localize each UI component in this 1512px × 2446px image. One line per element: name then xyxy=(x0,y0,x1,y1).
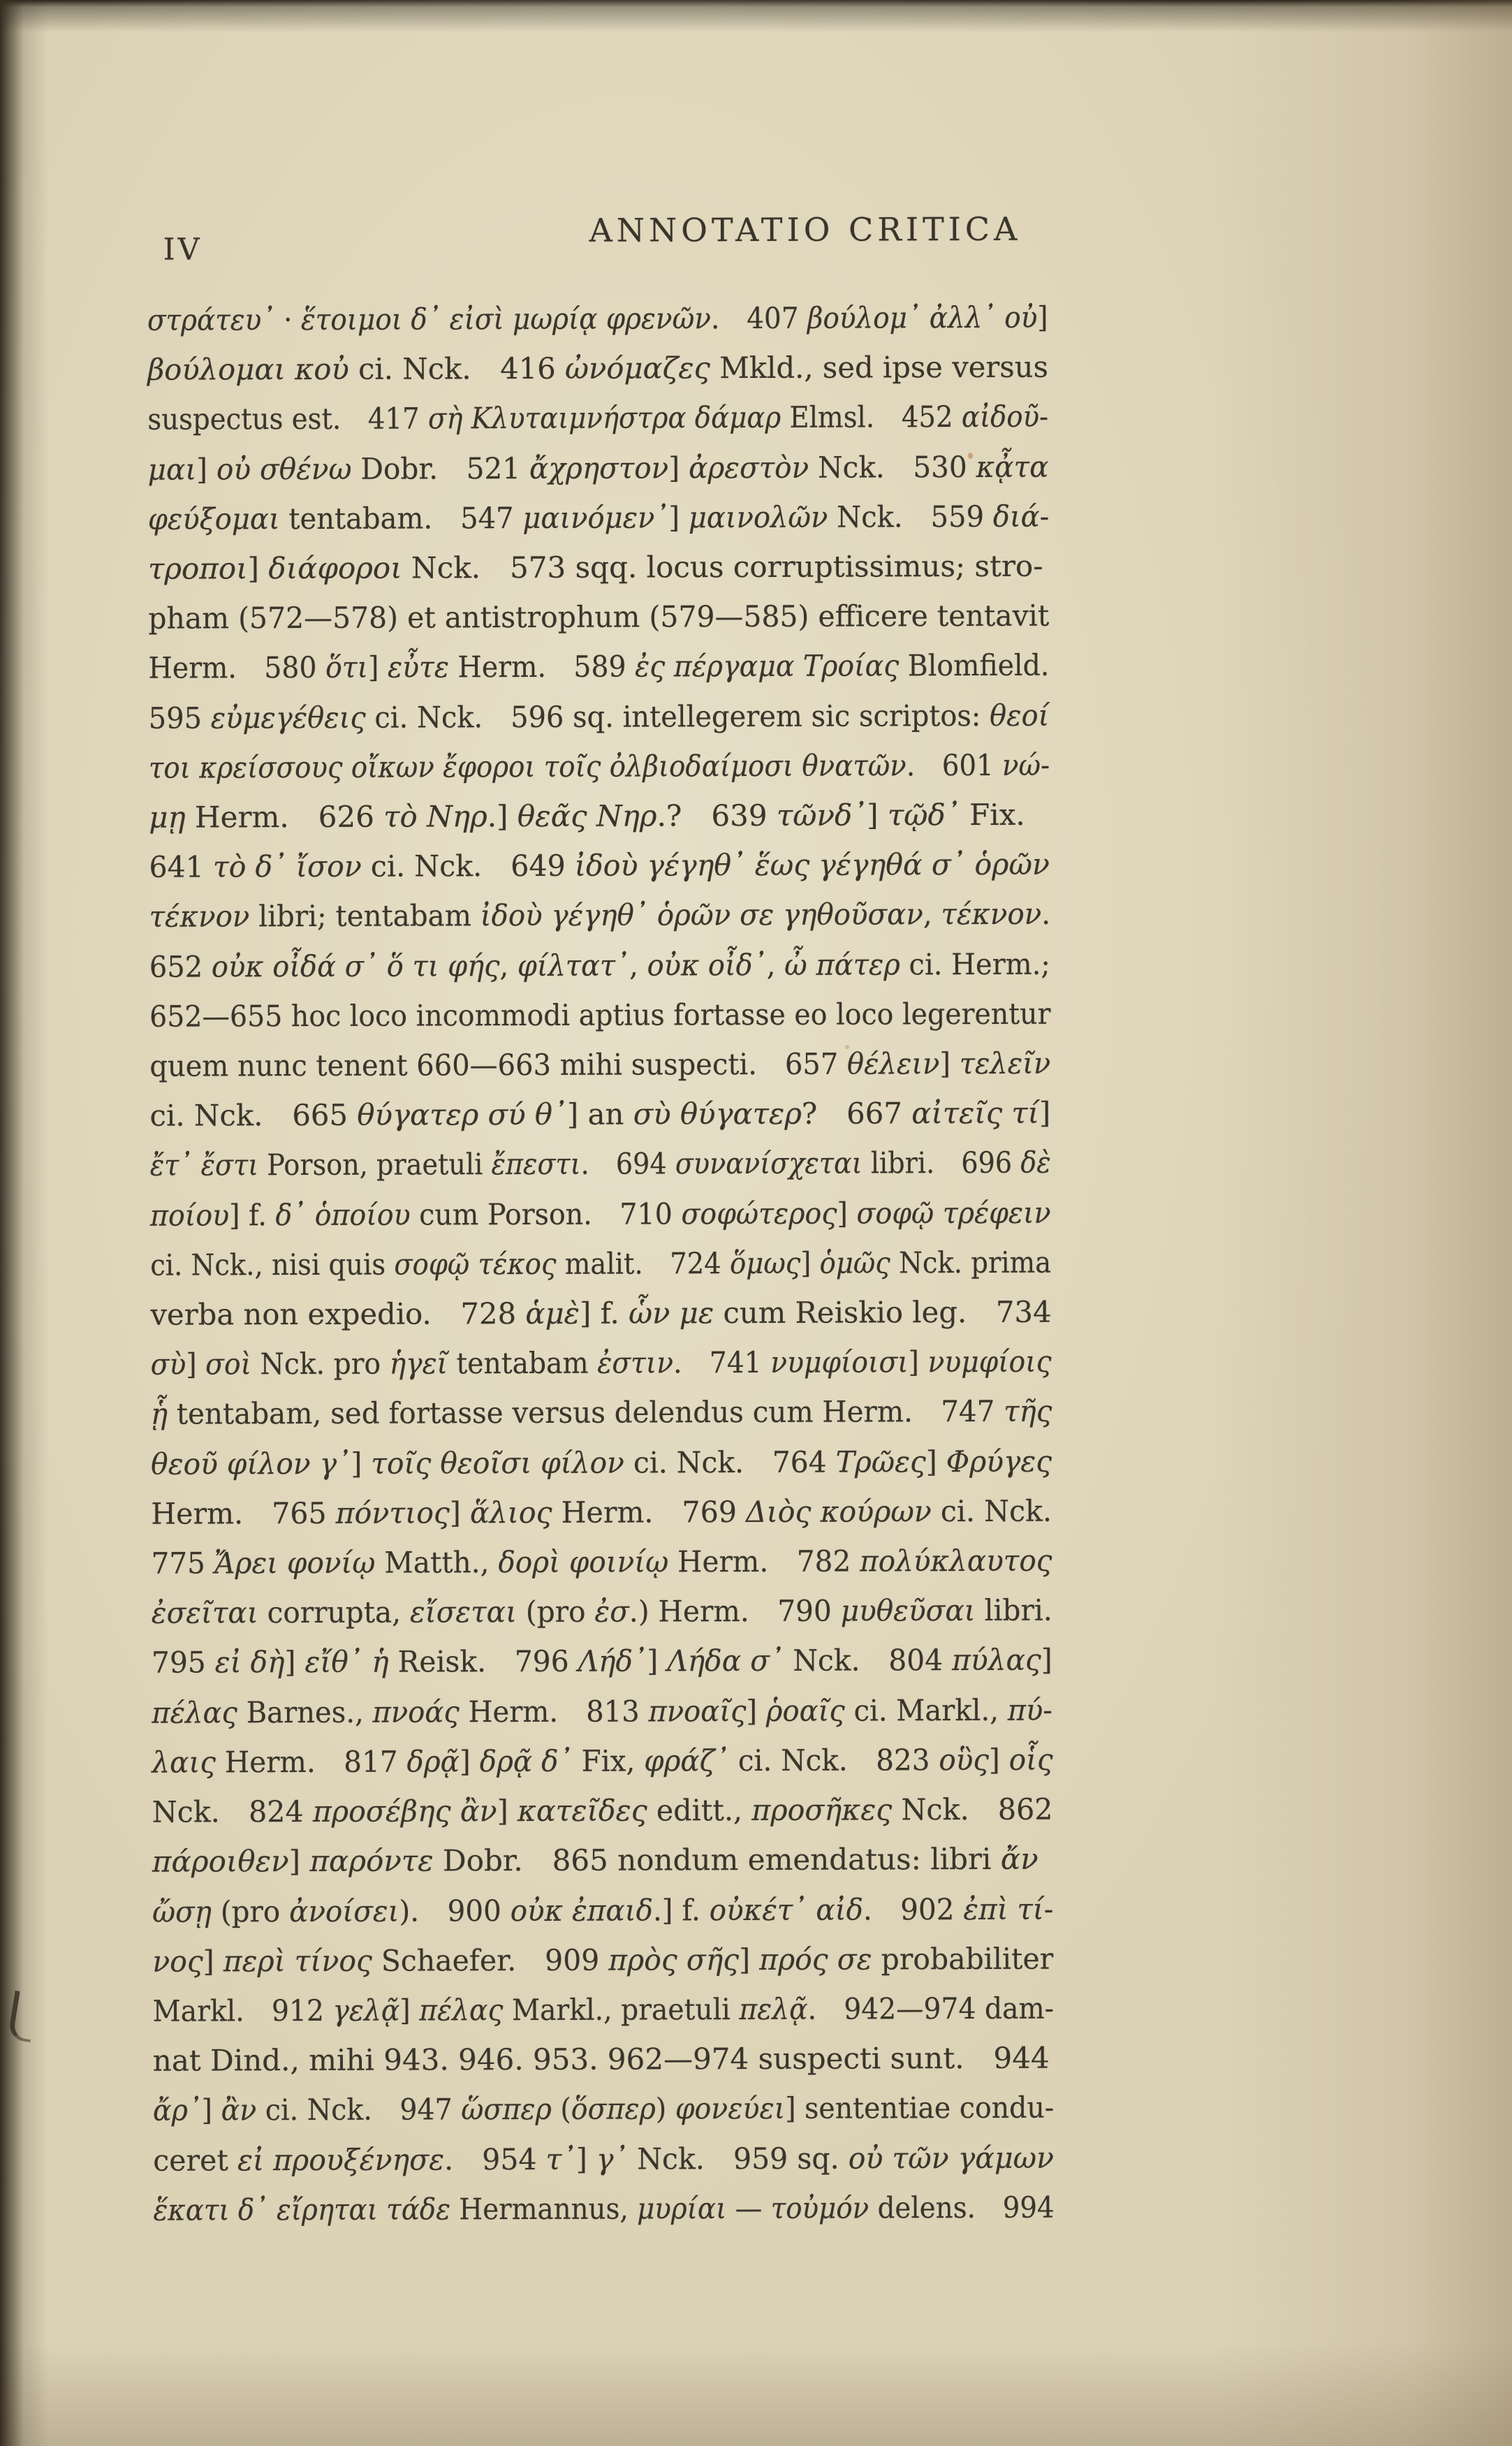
text-line: ᾗ tentabam, sed fortasse versus delendus… xyxy=(151,1386,1017,1439)
text-line: ποίου] f. δ᾽ ὁποίου cum Porson. 710 σοφώ… xyxy=(150,1188,999,1240)
paper-speck xyxy=(845,1045,849,1049)
text-line: 641 τὸ δ᾽ ἴσον ci. Nck. 649 ἰδοὺ γέγηθ᾽ … xyxy=(149,840,1031,892)
text-line: ἕκατι δ᾽ εἴρηται τάδε Hermannus, μυρίαι … xyxy=(153,2183,985,2235)
text-line: τέκνον libri; tentabam ἰδοὺ γέγηθ᾽ ὁρῶν … xyxy=(149,889,1015,942)
text-line: θεοῦ φίλον γ᾽] τοῖς θεοῖσι φίλον ci. Nck… xyxy=(151,1436,1026,1488)
text-line: τοι κρείσσους οἴκων ἔφοροι τοῖς ὀλβιοδαί… xyxy=(149,740,979,793)
text-line: 795 εἰ δὴ] εἴθ᾽ ἡ Reisk. 796 Λήδ᾽] Λήδα … xyxy=(152,1635,1026,1687)
text-line: ἄρ᾽] ἂν ci. Nck. 947 ὥσπερ (ὅσπερ) φονεύ… xyxy=(153,2083,1000,2135)
text-line: τροποι] διάφοροι Nck. 573 sqq. locus cor… xyxy=(148,541,1049,594)
text-line: ὤσῃ (pro ἀνοίσει). 900 οὐκ ἐπαιδ.] f. οὐ… xyxy=(152,1884,1020,1936)
text-line: πάροιθεν] παρόντε Dobr. 865 nondum emend… xyxy=(152,1834,1053,1887)
text-line: λαις Herm. 817 δρᾷ] δρᾷ δ᾽ Fix, φράζ᾽ ci… xyxy=(152,1735,1020,1787)
text-line: βούλομαι κοὐ ci. Nck. 416 ὠνόμαζες Mkld.… xyxy=(147,342,1041,395)
text-line: pham (572—578) et antistrophum (579—585)… xyxy=(148,591,1026,643)
text-line: στράτευ᾽ · ἕτοιμοι δ᾽ εἰσὶ μωρίᾳ φρενῶν.… xyxy=(147,293,983,345)
text-line: Markl. 912 γελᾷ] πέλας Markl., praetuli … xyxy=(152,1984,994,2036)
text-line: φεύξομαι tentabam. 547 μαινόμεν᾽] μαινολ… xyxy=(148,492,1007,544)
running-title: ANNOTATIO CRITICA xyxy=(589,210,1021,249)
text-line: 652—655 hoc loco incommodi aptius fortas… xyxy=(149,989,997,1041)
text-line: σὺ] σοὶ Nck. pro ἡγεῖ tentabam ἐστιν. 74… xyxy=(151,1337,993,1389)
page-number: IV xyxy=(163,232,203,267)
text-line: Nck. 824 προσέβης ἂν] κατεῖδες editt., π… xyxy=(152,1785,1036,1837)
text-line: μαι] οὐ σθένω Dobr. 521 ἄχρηστον] ἀρεστὸ… xyxy=(147,441,1018,494)
text-line: verba non expedio. 728 ἁμὲ] f. ὧν με cum… xyxy=(150,1287,1045,1340)
text-line: ceret εἰ προυξένησε. 954 τ᾽] γ᾽ Nck. 959… xyxy=(153,2132,1034,2185)
text-line: 595 εὐμεγέθεις ci. Nck. 596 sq. intelleg… xyxy=(149,690,1006,742)
text-line: Herm. 765 πόντιος] ἅλιος Herm. 769 Διὸς … xyxy=(151,1486,1032,1539)
text-line: μῃ Herm. 626 τὸ Νηρ.] θεᾶς Νηρ.? 639 τῶν… xyxy=(149,790,1050,842)
text-block: στράτευ᾽ · ἕτοιμοι δ᾽ εἰσὶ μωρίᾳ φρενῶν.… xyxy=(147,293,1055,2235)
text-line: ἐσεῖται corrupta, εἴσεται (pro ἐσ.) Herm… xyxy=(152,1585,1022,1638)
text-line: πέλας Barnes., πνοάς Herm. 813 πνοαῖς] ῥ… xyxy=(152,1685,1011,1738)
text-line: 652 οὐκ οἶδά σ᾽ ὅ τι φής, φίλτατ᾽, οὐκ ο… xyxy=(149,939,1007,992)
text-line: suspectus est. 417 σὴ Κλυταιμνήστρα δάμα… xyxy=(147,392,976,444)
text-line: quem nunc tenent 660—663 mihi suspecti. … xyxy=(149,1039,1008,1091)
text-line: ci. Nck., nisi quis σοφῷ τέκος malit. 72… xyxy=(150,1238,977,1290)
paper-speck xyxy=(968,453,973,459)
text-line: ci. Nck. 665 θύγατερ σύ θ᾽] an σὺ θύγατε… xyxy=(149,1088,1046,1141)
text-line: ἔτ᾽ ἔστι Porson, praetuli ἔπεστι. 694 συ… xyxy=(150,1138,969,1190)
page-content: IV ANNOTATIO CRITICA στράτευ᾽ · ἕτοιμοι … xyxy=(0,0,1512,2446)
text-line: Herm. 580 ὅτι] εὖτε Herm. 589 ἐς πέργαμα… xyxy=(148,640,993,693)
book-page-scan: IV ANNOTATIO CRITICA στράτευ᾽ · ἕτοιμοι … xyxy=(0,0,1512,2446)
text-line: νος] περὶ τίνος Schaefer. 909 πρὸς σῆς] … xyxy=(152,1933,1030,1986)
text-line: nat Dind., mihi 943. 946. 953. 962—974 s… xyxy=(153,2033,1054,2086)
text-line: 775 Ἄρει φονίῳ Matth., δορὶ φοινίῳ Herm.… xyxy=(151,1536,1021,1588)
